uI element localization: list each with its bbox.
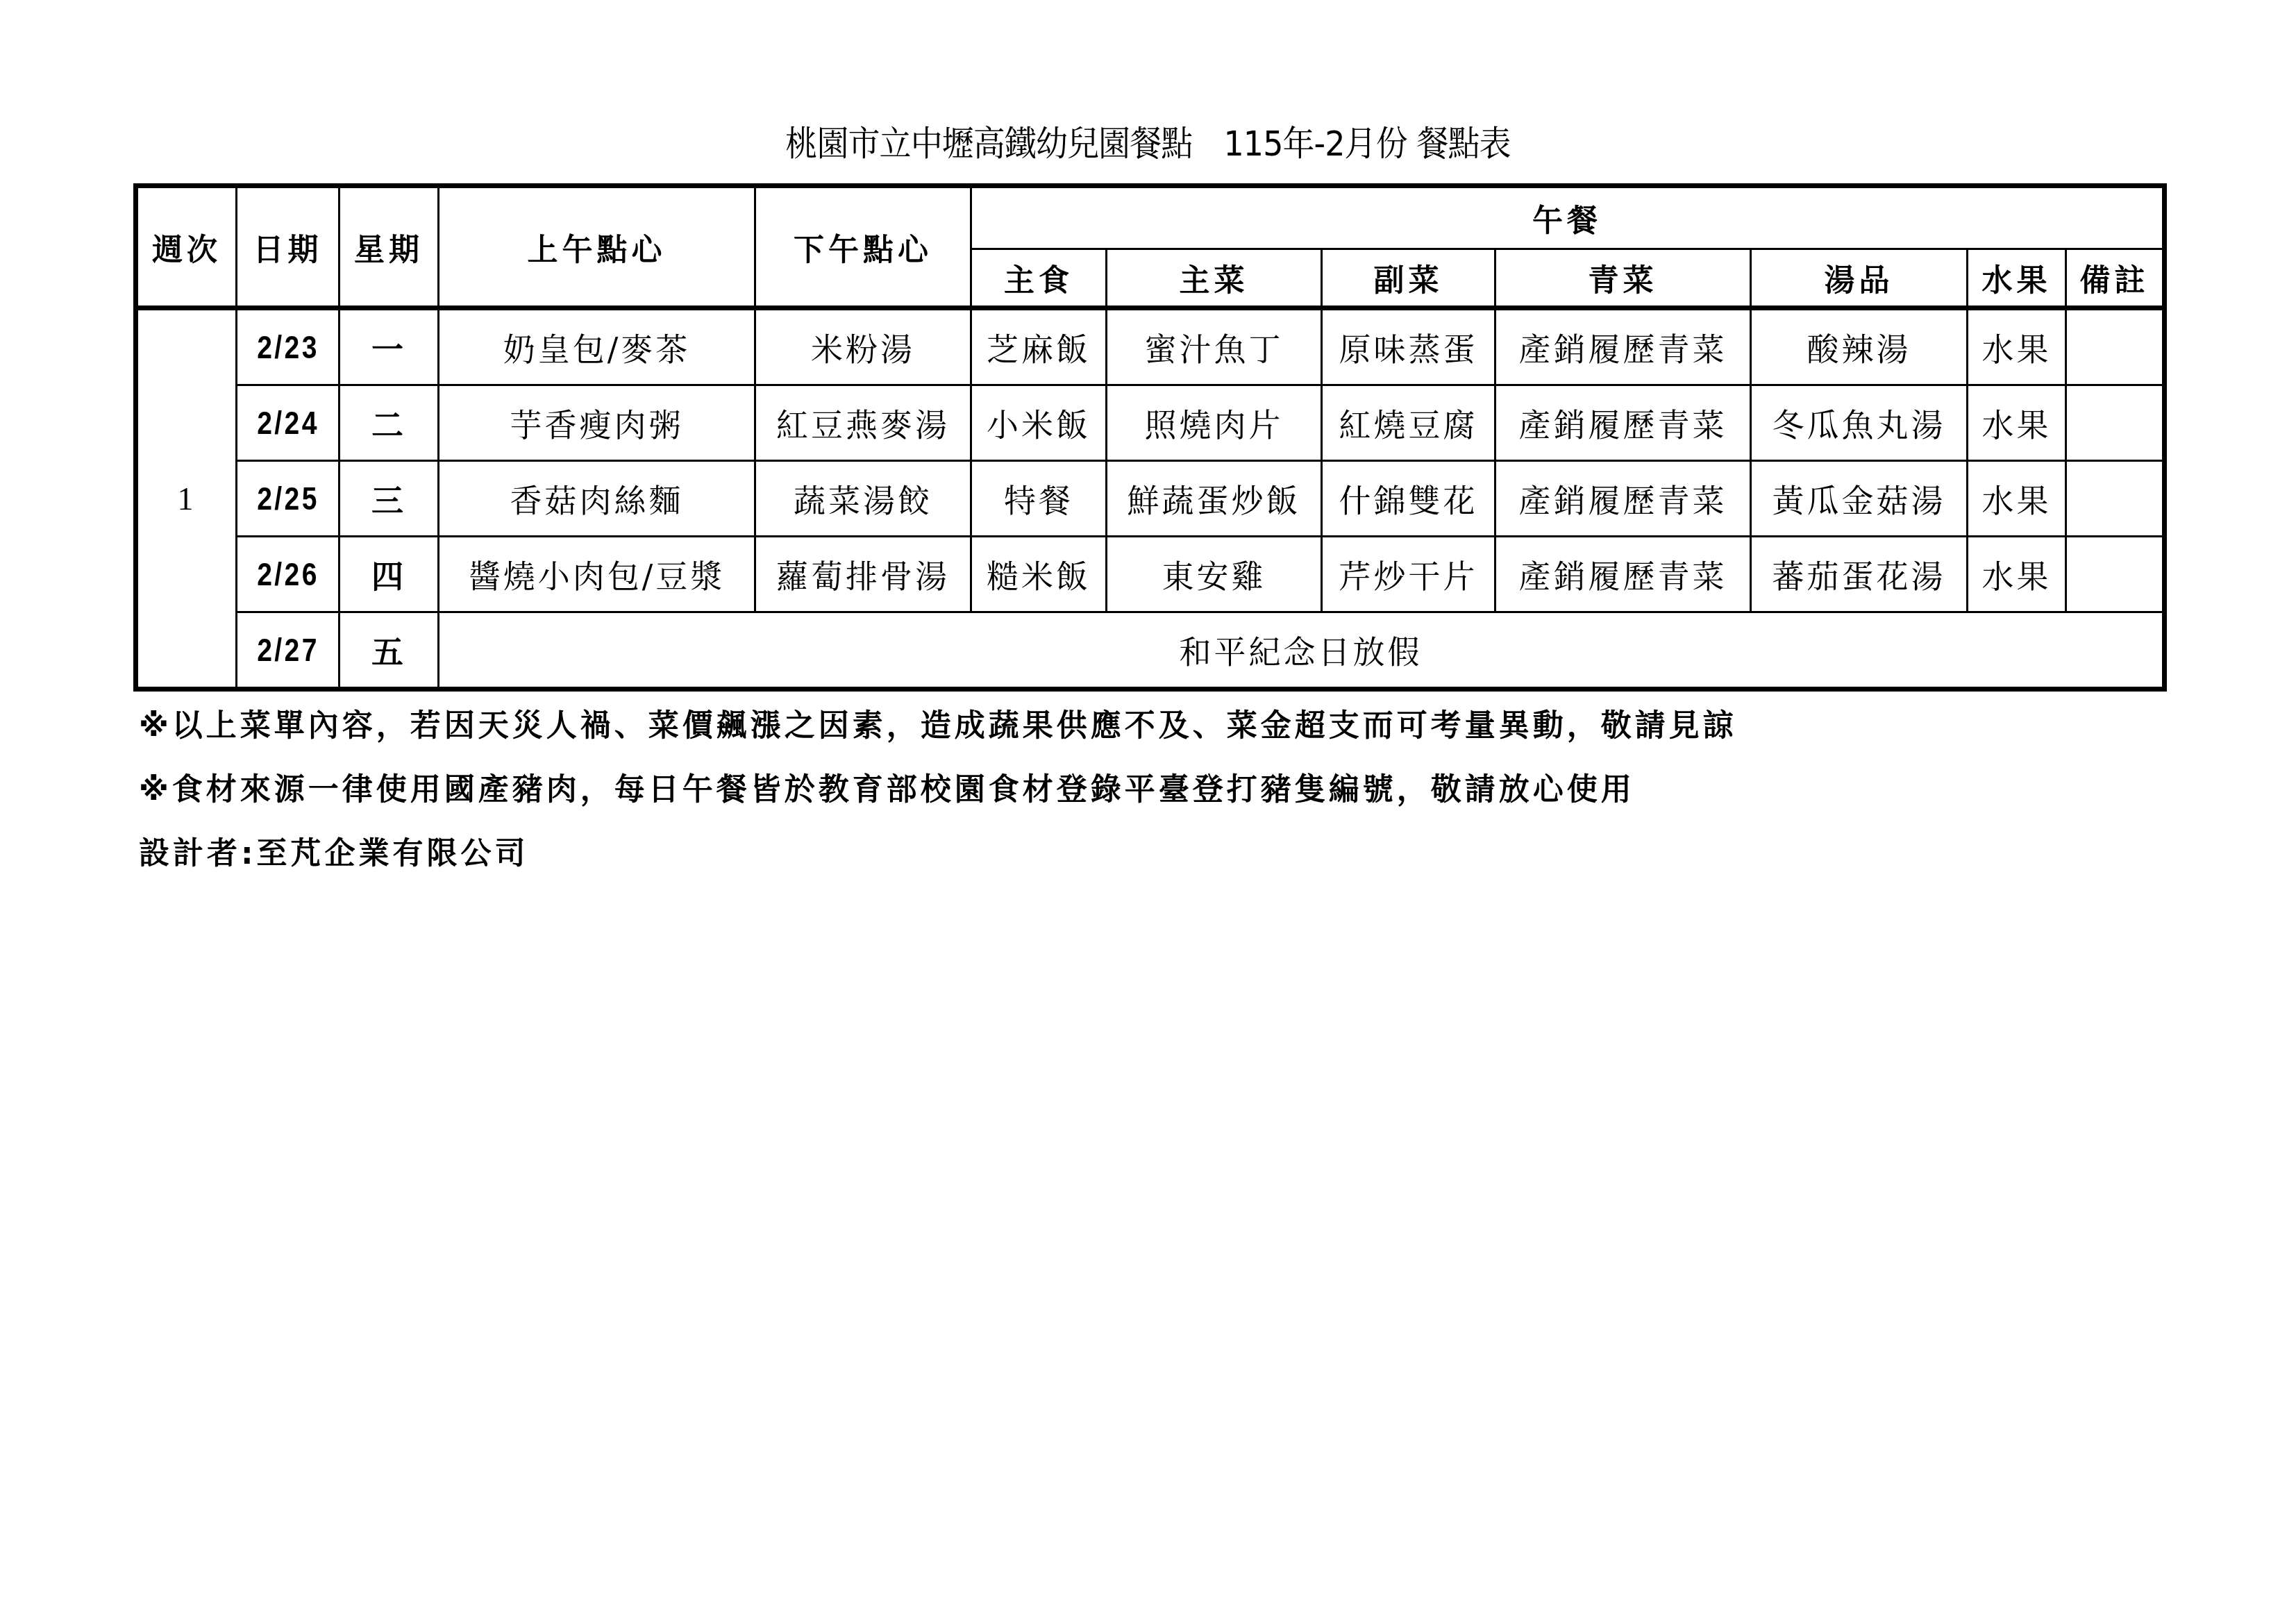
remarks-cell	[2066, 385, 2165, 461]
table-row: 2/26 四 醬燒小肉包/豆漿 蘿蔔排骨湯 糙米飯 東安雞 芹炒干片 產銷履歷青…	[136, 537, 2165, 612]
morning-snack-cell: 奶皇包/麥茶	[439, 308, 755, 385]
header-remarks: 備註	[2066, 249, 2165, 308]
notes-section: ※以上菜單內容，若因天災人禍、菜價飆漲之因素，造成蔬果供應不及、菜金超支而可考量…	[139, 701, 1737, 893]
soup-cell: 冬瓜魚丸湯	[1751, 385, 1968, 461]
main-dish-cell: 東安雞	[1107, 537, 1322, 612]
fruit-cell: 水果	[1968, 308, 2066, 385]
table-row: 2/24 二 芋香瘦肉粥 紅豆燕麥湯 小米飯 照燒肉片 紅燒豆腐 產銷履歷青菜 …	[136, 385, 2165, 461]
table-row: 1 2/23 一 奶皇包/麥茶 米粉湯 芝麻飯 蜜汁魚丁 原味蒸蛋 產銷履歷青菜…	[136, 308, 2165, 385]
staple-cell: 特餐	[971, 461, 1107, 537]
morning-snack-cell: 芋香瘦肉粥	[439, 385, 755, 461]
header-fruit: 水果	[1968, 249, 2066, 308]
fruit-cell: 水果	[1968, 385, 2066, 461]
staple-cell: 芝麻飯	[971, 308, 1107, 385]
date-cell: 2/27	[244, 612, 332, 689]
header-side-dish: 副菜	[1322, 249, 1495, 308]
remarks-cell	[2066, 537, 2165, 612]
date-cell: 2/23	[244, 308, 332, 385]
side-dish-cell: 芹炒干片	[1322, 537, 1495, 612]
soup-cell: 黃瓜金菇湯	[1751, 461, 1968, 537]
menu-table: 週次 日期 星期 上午點心 下午點心 午餐 主食 主菜 副菜 青菜 湯品 水果 …	[133, 183, 2167, 692]
morning-snack-cell: 香菇肉絲麵	[439, 461, 755, 537]
header-weekday: 星期	[340, 186, 439, 308]
date-cell: 2/25	[244, 461, 332, 537]
weekday-cell: 五	[340, 612, 439, 689]
afternoon-snack-cell: 米粉湯	[755, 308, 971, 385]
note-designer: 設計者:至芃企業有限公司	[139, 829, 1737, 893]
note-pork-source: ※食材來源一律使用國產豬肉，每日午餐皆於教育部校園食材登錄平臺登打豬隻編號，敬請…	[139, 765, 1737, 829]
side-dish-cell: 紅燒豆腐	[1322, 385, 1495, 461]
main-dish-cell: 蜜汁魚丁	[1107, 308, 1322, 385]
header-date: 日期	[237, 186, 340, 308]
afternoon-snack-cell: 蔬菜湯餃	[755, 461, 971, 537]
remarks-cell	[2066, 308, 2165, 385]
note-menu-change: ※以上菜單內容，若因天災人禍、菜價飆漲之因素，造成蔬果供應不及、菜金超支而可考量…	[139, 701, 1737, 765]
side-dish-cell: 什錦雙花	[1322, 461, 1495, 537]
week-number: 1	[136, 308, 237, 689]
fruit-cell: 水果	[1968, 461, 2066, 537]
holiday-text: 和平紀念日放假	[439, 612, 2165, 689]
header-afternoon-snack: 下午點心	[755, 186, 971, 308]
holiday-row: 2/27 五 和平紀念日放假	[136, 612, 2165, 689]
afternoon-snack-cell: 蘿蔔排骨湯	[755, 537, 971, 612]
afternoon-snack-cell: 紅豆燕麥湯	[755, 385, 971, 461]
page-title: 桃園市立中壢高鐵幼兒園餐點 115年-2月份 餐點表	[92, 119, 2204, 168]
vegetable-cell: 產銷履歷青菜	[1495, 537, 1751, 612]
header-lunch: 午餐	[971, 186, 2165, 249]
main-dish-cell: 鮮蔬蛋炒飯	[1107, 461, 1322, 537]
table-row: 2/25 三 香菇肉絲麵 蔬菜湯餃 特餐 鮮蔬蛋炒飯 什錦雙花 產銷履歷青菜 黃…	[136, 461, 2165, 537]
morning-snack-cell: 醬燒小肉包/豆漿	[439, 537, 755, 612]
header-row-top: 週次 日期 星期 上午點心 下午點心 午餐	[136, 186, 2165, 249]
vegetable-cell: 產銷履歷青菜	[1495, 461, 1751, 537]
header-morning-snack: 上午點心	[439, 186, 755, 308]
date-cell: 2/24	[244, 385, 332, 461]
soup-cell: 酸辣湯	[1751, 308, 1968, 385]
main-dish-cell: 照燒肉片	[1107, 385, 1322, 461]
soup-cell: 蕃茄蛋花湯	[1751, 537, 1968, 612]
staple-cell: 糙米飯	[971, 537, 1107, 612]
header-staple: 主食	[971, 249, 1107, 308]
header-week: 週次	[136, 186, 237, 308]
weekday-cell: 二	[340, 385, 439, 461]
header-main-dish: 主菜	[1107, 249, 1322, 308]
staple-cell: 小米飯	[971, 385, 1107, 461]
header-vegetable: 青菜	[1495, 249, 1751, 308]
weekday-cell: 一	[340, 308, 439, 385]
vegetable-cell: 產銷履歷青菜	[1495, 308, 1751, 385]
weekday-cell: 三	[340, 461, 439, 537]
date-cell: 2/26	[244, 537, 332, 612]
header-soup: 湯品	[1751, 249, 1968, 308]
side-dish-cell: 原味蒸蛋	[1322, 308, 1495, 385]
remarks-cell	[2066, 461, 2165, 537]
vegetable-cell: 產銷履歷青菜	[1495, 385, 1751, 461]
weekday-cell: 四	[340, 537, 439, 612]
fruit-cell: 水果	[1968, 537, 2066, 612]
